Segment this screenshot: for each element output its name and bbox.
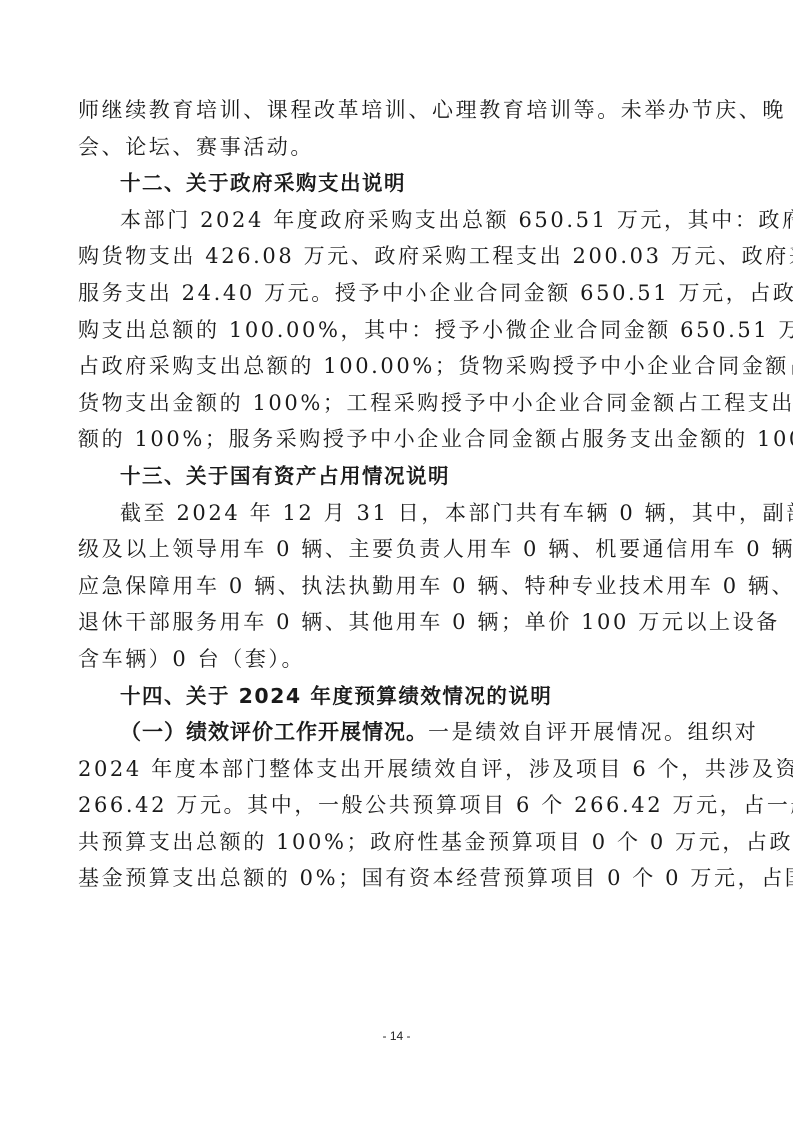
text-line: 共预算支出总额的 100%；政府性基金预算项目 0 个 0 万元，占政府性 — [78, 824, 720, 861]
text-line: （一）绩效评价工作开展情况。一是绩效自评开展情况。组织对 — [78, 714, 720, 751]
text-line: 会、论坛、赛事活动。 — [78, 129, 720, 166]
text-line: 级及以上领导用车 0 辆、主要负责人用车 0 辆、机要通信用车 0 辆、 — [78, 531, 720, 568]
text-line: 含车辆）0 台（套）。 — [78, 641, 720, 678]
text-line: 退休干部服务用车 0 辆、其他用车 0 辆；单价 100 万元以上设备（不 — [78, 604, 720, 641]
text-line: 服务支出 24.40 万元。授予中小企业合同金额 650.51 万元，占政府采 — [78, 275, 720, 312]
section-heading-procurement: 十二、关于政府采购支出说明 — [78, 165, 720, 202]
text-line: 额的 100%；服务采购授予中小企业合同金额占服务支出金额的 100%。 — [78, 421, 720, 458]
text-run: 一是绩效自评开展情况。组织对 — [428, 720, 758, 744]
text-line: 应急保障用车 0 辆、执法执勤用车 0 辆、特种专业技术用车 0 辆、离 — [78, 568, 720, 605]
document-page: 师继续教育培训、课程改革培训、心理教育培训等。未举办节庆、晚 会、论坛、赛事活动… — [78, 92, 720, 897]
text-line: 本部门 2024 年度政府采购支出总额 650.51 万元，其中：政府采 — [78, 202, 720, 239]
text-line: 截至 2024 年 12 月 31 日，本部门共有车辆 0 辆，其中，副部（省） — [78, 495, 720, 532]
text-line: 占政府采购支出总额的 100.00%；货物采购授予中小企业合同金额占 — [78, 348, 720, 385]
text-line: 师继续教育培训、课程改革培训、心理教育培训等。未举办节庆、晚 — [78, 92, 720, 129]
text-line: 基金预算支出总额的 0%；国有资本经营预算项目 0 个 0 万元，占国有 — [78, 860, 720, 897]
section-heading-performance: 十四、关于 2024 年度预算绩效情况的说明 — [78, 678, 720, 715]
subsection-lead: （一）绩效评价工作开展情况。 — [120, 720, 428, 744]
text-line: 购货物支出 426.08 万元、政府采购工程支出 200.03 万元、政府采购 — [78, 238, 720, 275]
page-number: - 14 - — [0, 1029, 793, 1043]
text-line: 266.42 万元。其中，一般公共预算项目 6 个 266.42 万元，占一般公 — [78, 787, 720, 824]
text-line: 购支出总额的 100.00%，其中：授予小微企业合同金额 650.51 万元， — [78, 312, 720, 349]
section-heading-state-assets: 十三、关于国有资产占用情况说明 — [78, 458, 720, 495]
text-line: 2024 年度本部门整体支出开展绩效自评，涉及项目 6 个，共涉及资金 — [78, 751, 720, 788]
text-line: 货物支出金额的 100%；工程采购授予中小企业合同金额占工程支出金 — [78, 385, 720, 422]
